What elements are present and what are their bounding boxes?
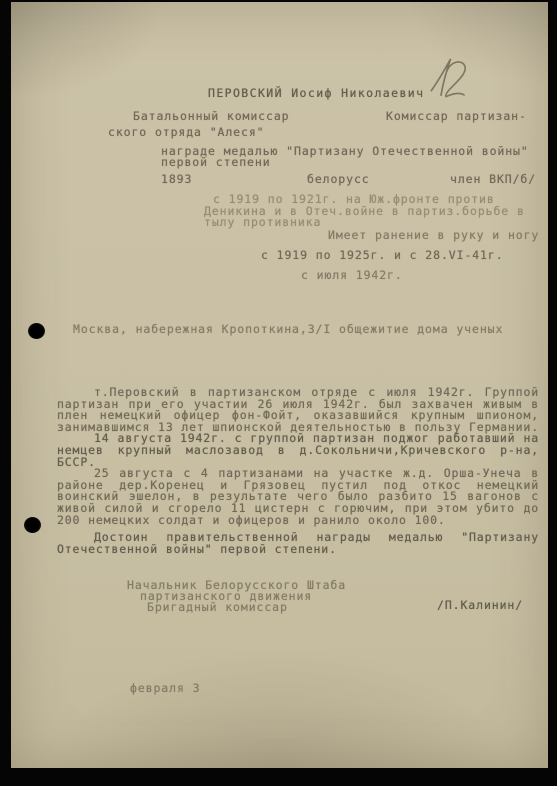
person-name: ПЕРОВСКИЙ Иосиф Николаевич (208, 88, 424, 100)
position-line-2: ского отряда "Алеся" (108, 127, 264, 139)
party-membership: член ВКП/б/ (450, 174, 536, 186)
citation-paragraph-3: 25 августа с 4 партизанами на участке ж.… (57, 468, 539, 526)
rank: Батальонный комиссар (133, 111, 289, 123)
home-address: Москва, набережная Кропоткина,3/I общежи… (73, 324, 503, 336)
position-line-1: Комиссар партизан- (386, 111, 527, 123)
signer-title-line-3: Бригадный комиссар (147, 602, 288, 614)
nationality: белорусс (307, 174, 370, 186)
citation-paragraph-2: 14 августа 1942г. с группой партизан под… (57, 433, 539, 468)
partisan-since: с июля 1942г. (301, 270, 403, 282)
document-page: ПЕРОВСКИЙ Иосиф Николаевич Батальонный к… (11, 2, 548, 768)
punch-hole-top (28, 323, 45, 339)
punch-hole-bottom (24, 517, 41, 533)
birth-year: 1893 (161, 174, 192, 186)
date-note: февраля 3 (130, 683, 200, 695)
signer-name: /П.Калинин/ (437, 600, 523, 612)
service-history: с 1919 по 1921г. на Юж.фронте против Ден… (204, 194, 534, 229)
citation-paragraph-1: т.Перовский в партизанском отряде с июля… (57, 387, 539, 433)
award-line-2: первой степени (161, 157, 271, 169)
citation-body: т.Перовский в партизанском отряде с июля… (57, 387, 539, 555)
wounds-note: Имеет ранение в руку и ногу (328, 230, 539, 242)
award-conclusion: Достоин правительственной награды медаль… (57, 532, 539, 555)
service-periods: с 1919 по 1925г. и с 28.VI-41г. (261, 250, 504, 262)
